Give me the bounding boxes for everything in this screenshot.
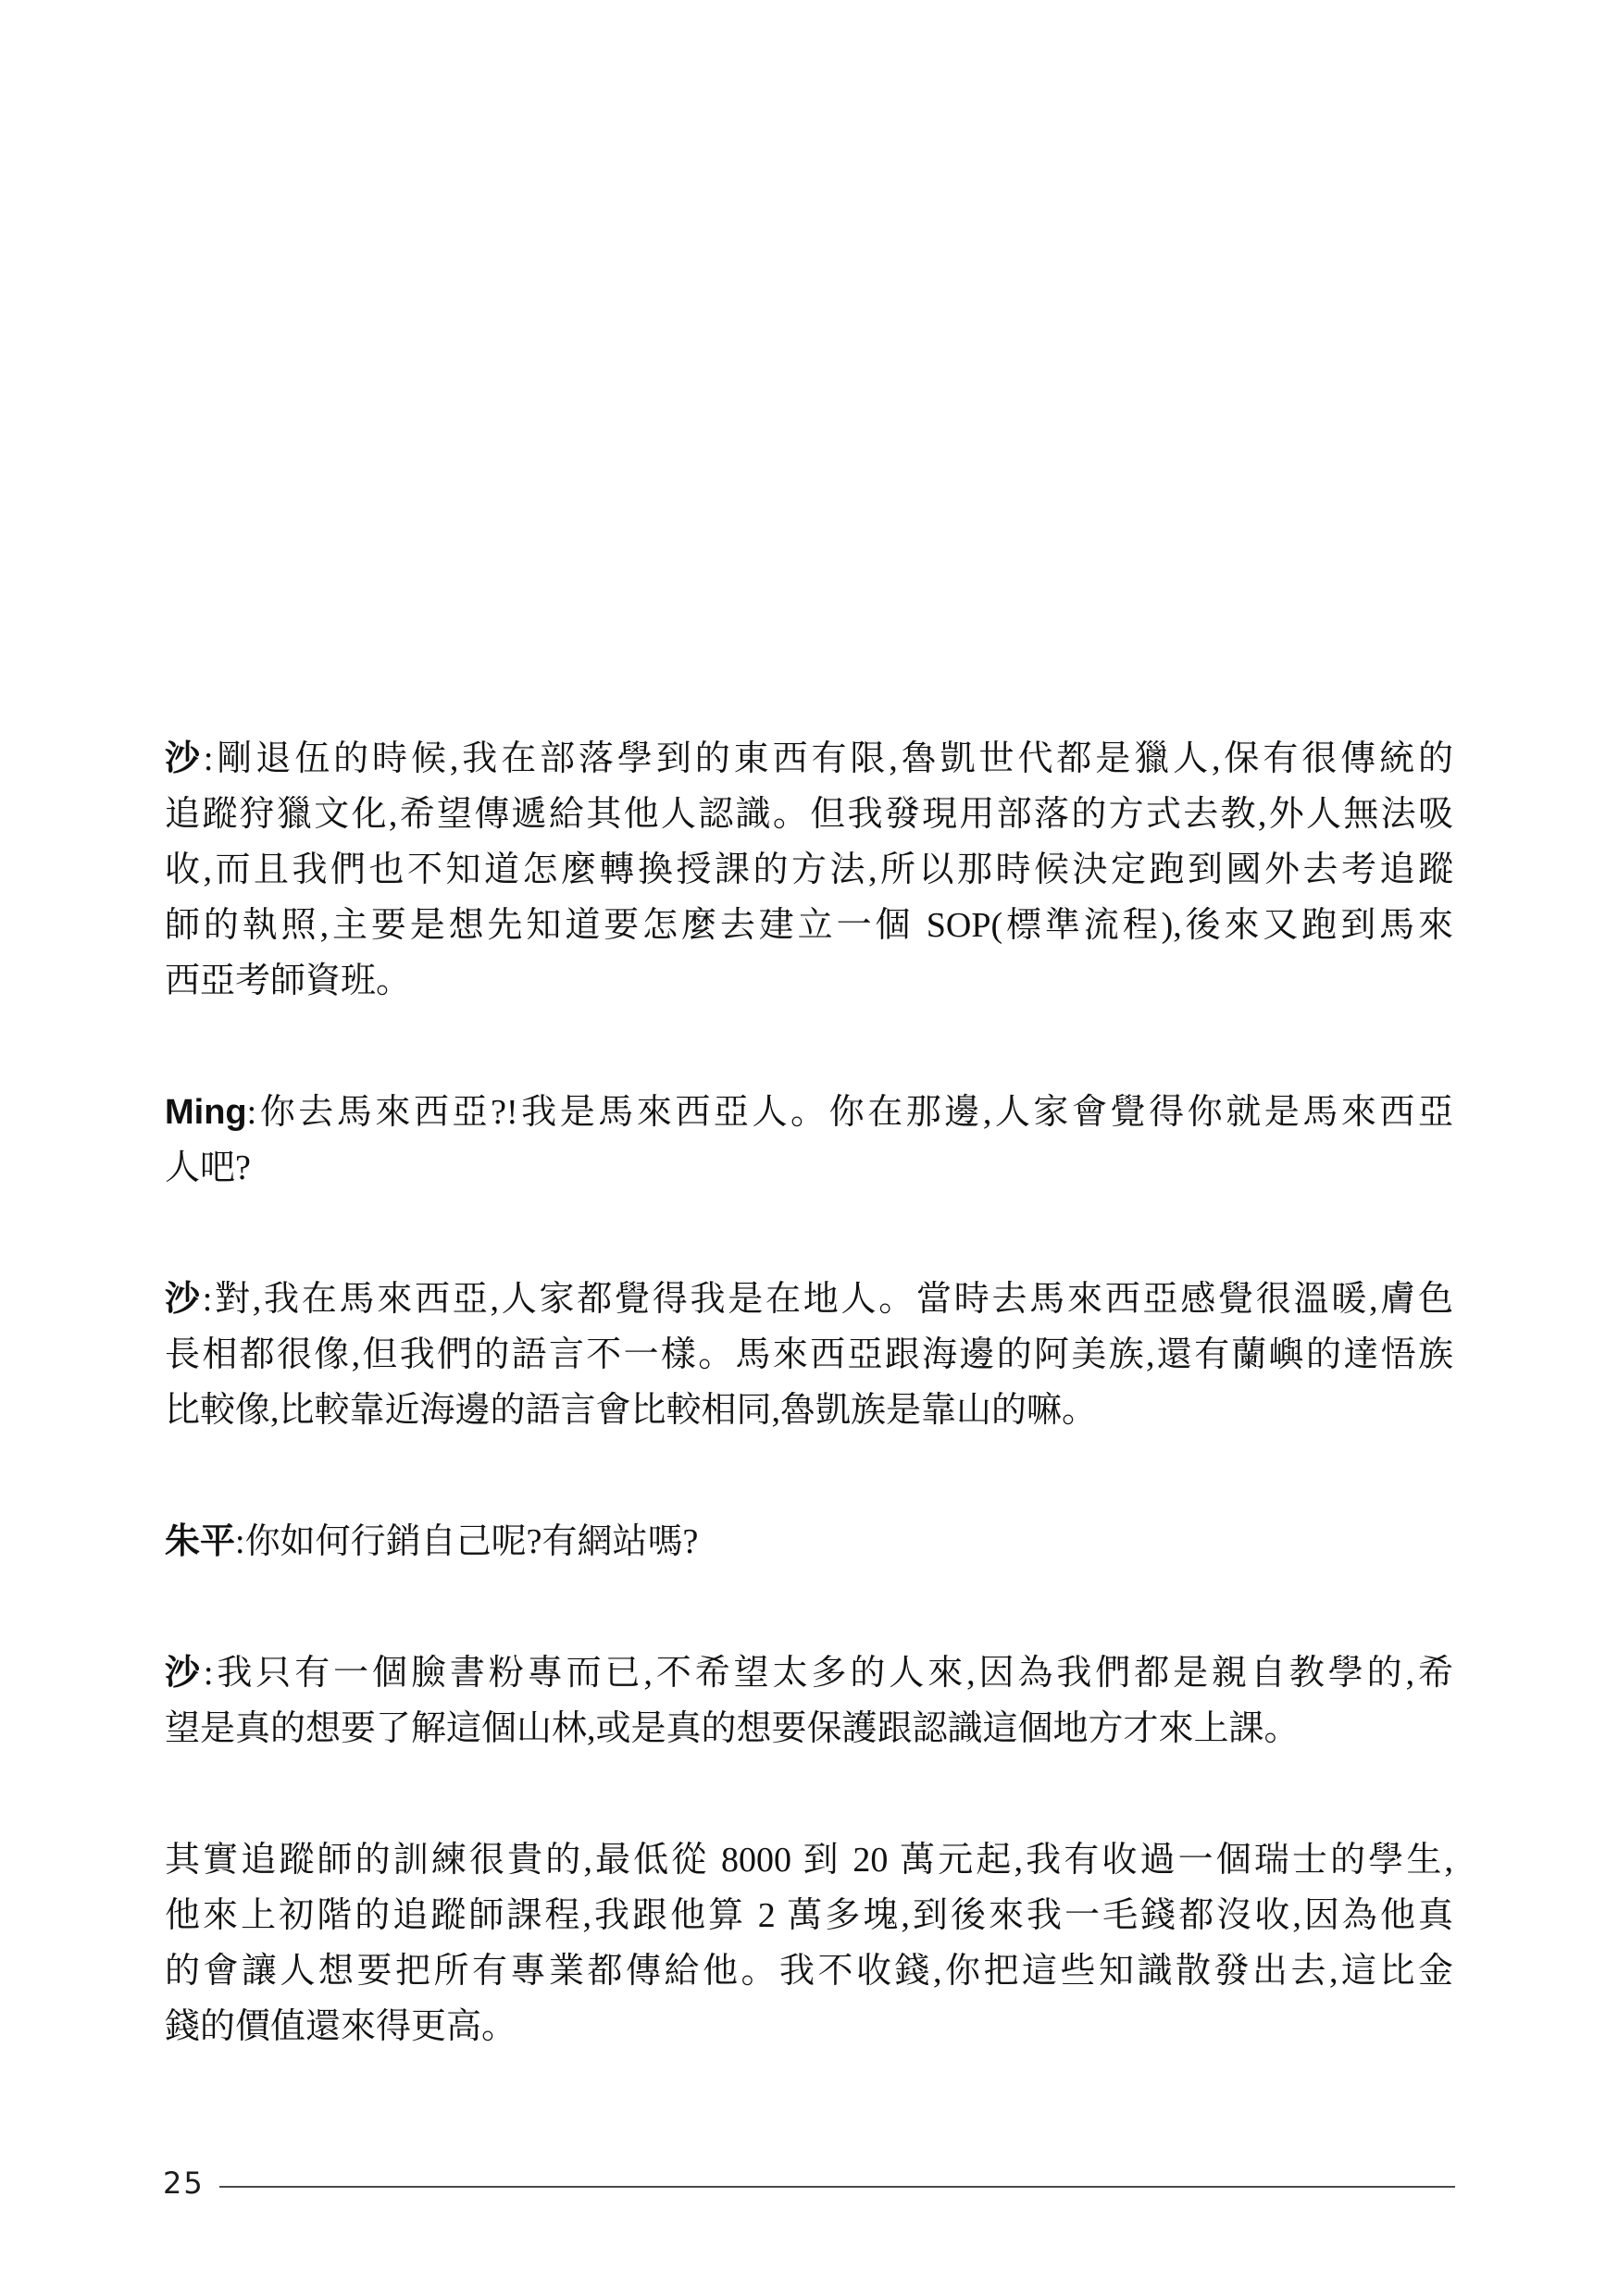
dialogue-line-text: :對,我在馬來西亞,人家都覺得我是在地人。當時去馬來西亞感覺很溫暖,膚色	[203, 1280, 1453, 1319]
dialogue-line: 師的執照,主要是想先知道要怎麼去建立一個 SOP(標準流程),後來又跑到馬來	[165, 898, 1453, 953]
dialogue-line-text: :你去馬來西亞?!我是馬來西亞人。你在那邊,人家會覺得你就是馬來西亞	[247, 1093, 1453, 1132]
speaker-name: 朱平	[165, 1522, 235, 1561]
dialogue-line: 朱平:你如何行銷自己呢?有網站嗎?	[165, 1514, 1453, 1570]
dialogue-paragraph: 朱平:你如何行銷自己呢?有網站嗎?	[165, 1514, 1453, 1570]
page-number: 25	[163, 2166, 205, 2201]
dialogue-line-text: :你如何行銷自己呢?有網站嗎?	[235, 1522, 698, 1561]
dialogue-line: 錢的價值還來得更高。	[165, 1999, 1453, 2054]
dialogue-line: 收,而且我們也不知道怎麼轉換授課的方法,所以那時候決定跑到國外去考追蹤	[165, 842, 1453, 898]
speaker-name: 沙	[165, 1654, 204, 1693]
dialogue-text-block: 沙:剛退伍的時候,我在部落學到的東西有限,魯凱世代都是獵人,保有很傳統的 追蹤狩…	[165, 731, 1453, 2054]
dialogue-line: 的會讓人想要把所有專業都傳給他。我不收錢,你把這些知識散發出去,這比金	[165, 1943, 1453, 1999]
dialogue-line: Ming:你去馬來西亞?!我是馬來西亞人。你在那邊,人家會覺得你就是馬來西亞	[165, 1085, 1453, 1140]
dialogue-line: 沙:對,我在馬來西亞,人家都覺得我是在地人。當時去馬來西亞感覺很溫暖,膚色	[165, 1272, 1453, 1327]
dialogue-line: 他來上初階的追蹤師課程,我跟他算 2 萬多塊,到後來我一毛錢都沒收,因為他真	[165, 1888, 1453, 1943]
speaker-name: 沙	[165, 739, 204, 778]
dialogue-paragraph: 其實追蹤師的訓練很貴的,最低從 8000 到 20 萬元起,我有收過一個瑞士的學…	[165, 1832, 1453, 2054]
dialogue-line: 其實追蹤師的訓練很貴的,最低從 8000 到 20 萬元起,我有收過一個瑞士的學…	[165, 1832, 1453, 1888]
dialogue-line: 沙:剛退伍的時候,我在部落學到的東西有限,魯凱世代都是獵人,保有很傳統的	[165, 731, 1453, 787]
dialogue-paragraph: 沙:對,我在馬來西亞,人家都覺得我是在地人。當時去馬來西亞感覺很溫暖,膚色 長相…	[165, 1272, 1453, 1438]
dialogue-line: 人吧?	[165, 1140, 1453, 1196]
dialogue-line: 長相都很像,但我們的語言不一樣。馬來西亞跟海邊的阿美族,還有蘭嶼的達悟族	[165, 1327, 1453, 1383]
dialogue-line: 追蹤狩獵文化,希望傳遞給其他人認識。但我發現用部落的方式去教,外人無法吸	[165, 787, 1453, 842]
dialogue-paragraph: Ming:你去馬來西亞?!我是馬來西亞人。你在那邊,人家會覺得你就是馬來西亞 人…	[165, 1085, 1453, 1196]
footer-rule	[219, 2186, 1455, 2188]
dialogue-paragraph: 沙:我只有一個臉書粉專而已,不希望太多的人來,因為我們都是親自教學的,希 望是真…	[165, 1645, 1453, 1756]
speaker-name: Ming	[165, 1093, 247, 1132]
speaker-name: 沙	[165, 1280, 203, 1319]
dialogue-line: 望是真的想要了解這個山林,或是真的想要保護跟認識這個地方才來上課。	[165, 1701, 1453, 1756]
dialogue-line: 沙:我只有一個臉書粉專而已,不希望太多的人來,因為我們都是親自教學的,希	[165, 1645, 1453, 1701]
dialogue-line: 西亞考師資班。	[165, 953, 1453, 1009]
book-page: 沙:剛退伍的時候,我在部落學到的東西有限,魯凱世代都是獵人,保有很傳統的 追蹤狩…	[0, 0, 1618, 2296]
dialogue-paragraph: 沙:剛退伍的時候,我在部落學到的東西有限,魯凱世代都是獵人,保有很傳統的 追蹤狩…	[165, 731, 1453, 1009]
dialogue-line: 比較像,比較靠近海邊的語言會比較相同,魯凱族是靠山的嘛。	[165, 1383, 1453, 1438]
dialogue-line-text: :我只有一個臉書粉專而已,不希望太多的人來,因為我們都是親自教學的,希	[204, 1654, 1453, 1693]
dialogue-line-text: :剛退伍的時候,我在部落學到的東西有限,魯凱世代都是獵人,保有很傳統的	[204, 739, 1453, 778]
